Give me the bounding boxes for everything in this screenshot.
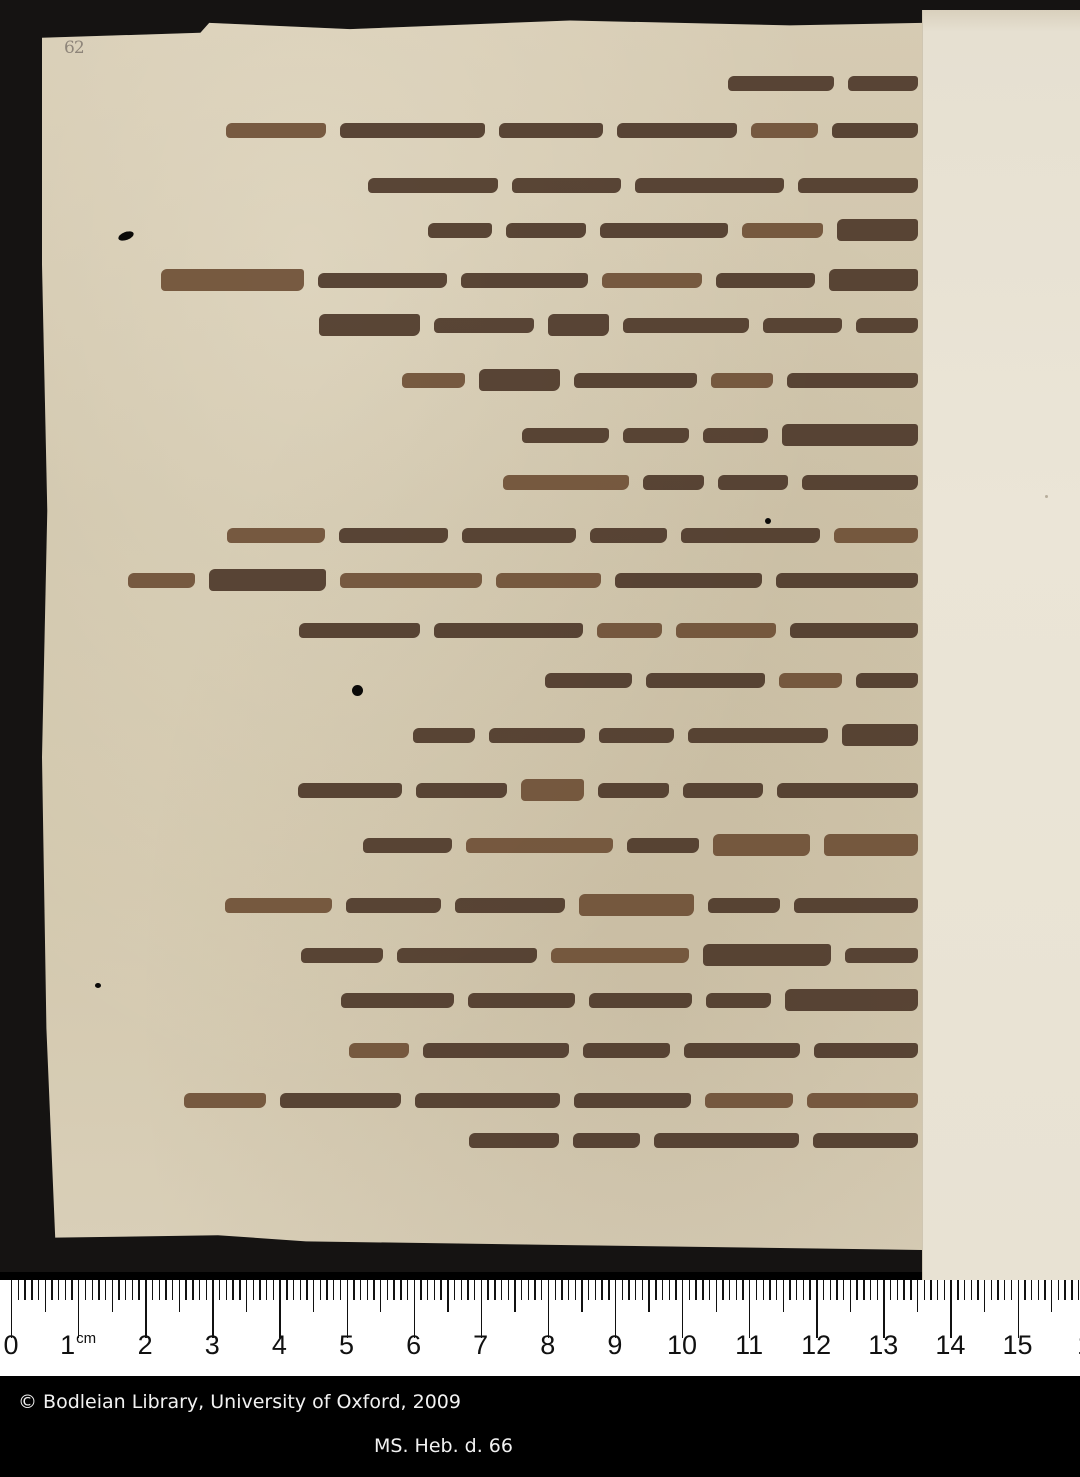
ink-word (813, 1133, 918, 1148)
ink-word (646, 673, 765, 688)
ink-word (368, 178, 498, 193)
ruler-tick (454, 1280, 455, 1300)
ruler-tick (380, 1280, 381, 1312)
ink-word (512, 178, 621, 193)
ink-word (635, 178, 784, 193)
ruler-tick (997, 1280, 998, 1300)
manuscript-line (70, 1083, 918, 1117)
ruler-label: 8 (540, 1330, 555, 1361)
ink-word (226, 123, 326, 138)
ruler-label: 4 (272, 1330, 287, 1361)
ruler-tick (850, 1280, 851, 1312)
ink-word (763, 318, 842, 333)
manuscript-line (71, 718, 918, 752)
ink-word (346, 898, 441, 913)
ruler-tick (125, 1280, 126, 1300)
ink-word (466, 838, 613, 853)
ink-word (706, 993, 771, 1008)
ruler-label: 6 (406, 1330, 421, 1361)
ruler-tick (568, 1280, 569, 1300)
centimeter-ruler: 01cm234567891011121314151 (0, 1280, 1080, 1376)
ruler-tick (1058, 1280, 1059, 1300)
ruler-tick (185, 1280, 186, 1300)
manuscript-line (72, 613, 918, 647)
ink-word (574, 1093, 691, 1108)
ink-word (423, 1043, 569, 1058)
ruler-tick (863, 1280, 864, 1300)
manuscript-line (62, 888, 918, 922)
manuscript-line (70, 308, 918, 342)
ruler-tick (622, 1280, 623, 1300)
ink-word (428, 223, 492, 238)
ink-word (845, 948, 918, 963)
manuscript-line (61, 1123, 918, 1157)
ruler-tick (581, 1280, 582, 1312)
ruler-tick (809, 1280, 810, 1300)
ink-word (402, 373, 465, 388)
ink-word (469, 1133, 559, 1148)
ink-word (617, 123, 737, 138)
ruler-label: 1cm (60, 1330, 96, 1361)
ruler-tick (393, 1280, 394, 1300)
shelfmark-caption: MS. Heb. d. 66 (374, 1435, 513, 1457)
ruler-tick (494, 1280, 495, 1300)
ink-word (643, 475, 704, 490)
ink-word (782, 424, 918, 446)
ink-word (225, 898, 332, 913)
ink-word (301, 948, 383, 963)
ink-word (280, 1093, 401, 1108)
ruler-label: 2 (138, 1330, 153, 1361)
ink-word (597, 623, 662, 638)
ink-word (824, 834, 918, 856)
ruler-tick (924, 1280, 925, 1300)
ruler-tick (1078, 1280, 1079, 1300)
ruler-tick (541, 1280, 542, 1300)
ruler-tick (843, 1280, 844, 1300)
ink-word (299, 623, 420, 638)
ruler-label: 3 (205, 1330, 220, 1361)
ink-word (496, 573, 601, 588)
ruler-tick (561, 1280, 562, 1300)
ruler-tick (24, 1280, 25, 1300)
ruler-tick (118, 1280, 119, 1300)
ruler-tick (897, 1280, 898, 1300)
ruler-tick (253, 1280, 254, 1300)
ink-word (397, 948, 537, 963)
ruler-tick (266, 1280, 267, 1300)
manuscript-line (61, 773, 918, 807)
ruler-tick (1038, 1280, 1039, 1300)
ruler-tick (910, 1280, 911, 1300)
ink-word (579, 894, 694, 916)
ruler-tick (112, 1280, 113, 1312)
ruler-tick (1064, 1280, 1065, 1300)
ruler-tick (689, 1280, 690, 1300)
ink-word (589, 993, 692, 1008)
manuscript-line (63, 828, 918, 862)
manuscript-line (68, 1033, 918, 1067)
manuscript-line (61, 113, 918, 147)
copyright-caption: © Bodleian Library, University of Oxford… (18, 1391, 461, 1413)
ruler-tick (18, 1280, 19, 1300)
ruler-tick (601, 1280, 602, 1300)
ruler-tick (675, 1280, 676, 1300)
ruler-tick (45, 1280, 46, 1312)
ink-word (842, 724, 918, 746)
ink-word (785, 989, 918, 1011)
ink-word (583, 1043, 670, 1058)
ruler-tick (259, 1280, 260, 1300)
ruler-tick (58, 1280, 59, 1300)
ruler-tick (944, 1280, 945, 1300)
ink-word (461, 273, 588, 288)
ink-word (676, 623, 776, 638)
worm-hole (95, 983, 101, 988)
ruler-label: 0 (3, 1330, 18, 1361)
ruler-tick (763, 1280, 764, 1300)
folio-number: 62 (64, 38, 84, 58)
ruler-tick (984, 1280, 985, 1312)
ruler-tick (662, 1280, 663, 1300)
ruler-tick (440, 1280, 441, 1300)
ink-word (522, 428, 609, 443)
ruler-tick (528, 1280, 529, 1300)
ink-word (548, 314, 609, 336)
ruler-tick (575, 1280, 576, 1300)
ruler-label: 11 (735, 1330, 763, 1361)
ink-word (777, 783, 918, 798)
ruler-tick (313, 1280, 314, 1312)
ruler-tick (206, 1280, 207, 1300)
ink-word (742, 223, 823, 238)
ruler-tick (655, 1280, 656, 1300)
ink-word (599, 728, 674, 743)
ruler-tick (333, 1280, 334, 1300)
ruler-tick (756, 1280, 757, 1300)
ruler-tick (669, 1280, 670, 1300)
ruler-tick (971, 1280, 972, 1300)
ink-word (832, 123, 918, 138)
ruler-tick (836, 1280, 837, 1300)
ruler-tick (387, 1280, 388, 1300)
ruler-tick (420, 1280, 421, 1300)
ruler-tick (105, 1280, 106, 1300)
ruler-label: 12 (801, 1330, 831, 1361)
ruler-tick (1004, 1280, 1005, 1300)
ink-word (834, 528, 918, 543)
ruler-tick (742, 1280, 743, 1300)
ruler-tick (320, 1280, 321, 1300)
ruler-tick (192, 1280, 193, 1300)
ruler-tick (1024, 1280, 1025, 1300)
ruler-tick (555, 1280, 556, 1300)
ruler-tick (642, 1280, 643, 1300)
ruler-tick (407, 1280, 408, 1300)
ruler-tick (722, 1280, 723, 1300)
manuscript-line (64, 518, 918, 552)
ruler-tick (501, 1280, 502, 1300)
ruler-tick (1051, 1280, 1052, 1312)
ink-word (713, 834, 810, 856)
ink-word (829, 269, 918, 291)
ruler-tick (830, 1280, 831, 1300)
ruler-tick (957, 1280, 958, 1300)
ink-word (814, 1043, 918, 1058)
worm-hole (765, 518, 771, 524)
ruler-tick (977, 1280, 978, 1300)
ink-word (434, 318, 534, 333)
ink-word (318, 273, 447, 288)
ink-word (856, 673, 918, 688)
ink-word (413, 728, 475, 743)
ink-word (751, 123, 818, 138)
ink-word (681, 528, 820, 543)
ink-word (521, 779, 584, 801)
ruler-tick (165, 1280, 166, 1300)
ruler-tick (796, 1280, 797, 1300)
ink-word (615, 573, 762, 588)
ink-word (600, 223, 728, 238)
ruler-tick (286, 1280, 287, 1300)
ruler-tick (695, 1280, 696, 1300)
ruler-tick (434, 1280, 435, 1300)
ink-word (802, 475, 918, 490)
ruler-tick (293, 1280, 294, 1300)
ink-word (590, 528, 667, 543)
ruler-tick (159, 1280, 160, 1300)
ink-word (776, 573, 918, 588)
ink-word (415, 1093, 560, 1108)
ruler-tick (239, 1280, 240, 1300)
manuscript-line (64, 213, 918, 247)
ruler-tick (51, 1280, 52, 1300)
ruler-tick (595, 1280, 596, 1300)
ruler-label: 5 (339, 1330, 354, 1361)
ink-word (716, 273, 815, 288)
ink-word (209, 569, 326, 591)
ruler-label: 9 (607, 1330, 622, 1361)
ruler-tick (447, 1280, 448, 1312)
mount-mark (1045, 495, 1048, 498)
ruler-tick (991, 1280, 992, 1300)
ruler-label: 10 (667, 1330, 697, 1361)
ruler-tick (172, 1280, 173, 1300)
ruler-label: 14 (935, 1330, 965, 1361)
ruler-tick (870, 1280, 871, 1300)
ink-word (623, 318, 749, 333)
ruler-tick (736, 1280, 737, 1300)
ruler-tick (360, 1280, 361, 1300)
ruler-tick (508, 1280, 509, 1300)
ruler-tick (461, 1280, 462, 1300)
ink-word (489, 728, 585, 743)
ruler-tick (226, 1280, 227, 1300)
ink-word (779, 673, 842, 688)
ink-word (798, 178, 918, 193)
ruler-tick (877, 1280, 878, 1300)
ink-word (340, 123, 485, 138)
ruler-tick (98, 1280, 99, 1300)
ruler-tick (1071, 1280, 1072, 1300)
ruler-tick (92, 1280, 93, 1300)
ink-word (790, 623, 918, 638)
ruler-tick (635, 1280, 636, 1300)
ruler-tick (31, 1280, 32, 1300)
manuscript-line (61, 418, 918, 452)
ruler-tick (340, 1280, 341, 1300)
ink-word (627, 838, 699, 853)
ruler-tick (588, 1280, 589, 1300)
ruler-tick (823, 1280, 824, 1300)
ink-word (856, 318, 918, 333)
ink-word (506, 223, 586, 238)
ruler-tick (367, 1280, 368, 1300)
manuscript-line (61, 563, 918, 597)
ruler-tick (179, 1280, 180, 1312)
ink-word (551, 948, 689, 963)
ink-word (848, 76, 918, 91)
ink-word (787, 373, 918, 388)
ruler-tick (65, 1280, 66, 1300)
ink-word (184, 1093, 266, 1108)
ruler-tick (273, 1280, 274, 1300)
ink-word (684, 1043, 800, 1058)
ink-word (794, 898, 918, 913)
ink-word (479, 369, 560, 391)
ruler-tick (306, 1280, 307, 1300)
ink-word (688, 728, 828, 743)
ink-word (349, 1043, 409, 1058)
manuscript-line (69, 465, 918, 499)
ink-word (319, 314, 420, 336)
ink-word (128, 573, 195, 588)
mount-sheet (922, 10, 1080, 1280)
ink-word (363, 838, 452, 853)
ruler-tick (702, 1280, 703, 1300)
ruler-tick (71, 1280, 72, 1300)
ruler-tick (729, 1280, 730, 1300)
ink-word (340, 573, 482, 588)
ruler-tick (38, 1280, 39, 1300)
ruler-tick (373, 1280, 374, 1300)
ink-word (602, 273, 702, 288)
manuscript-line (66, 938, 918, 972)
manuscript-line (65, 263, 918, 297)
ink-word (339, 528, 448, 543)
ruler-label: 7 (473, 1330, 488, 1361)
ink-word (718, 475, 788, 490)
ruler-tick (803, 1280, 804, 1300)
ruler-label: 15 (1002, 1330, 1032, 1361)
ink-word (545, 673, 632, 688)
ink-word (623, 428, 689, 443)
ink-word (434, 623, 583, 638)
ruler-tick (85, 1280, 86, 1300)
ink-word (708, 898, 780, 913)
ink-word (499, 123, 603, 138)
ruler-tick (326, 1280, 327, 1300)
ink-word (161, 269, 304, 291)
manuscript-line (62, 663, 918, 697)
manuscript-line (70, 363, 918, 397)
ink-word (468, 993, 575, 1008)
ink-word (598, 783, 669, 798)
ink-word (574, 373, 697, 388)
ruler-tick (917, 1280, 918, 1312)
ruler-tick (930, 1280, 931, 1300)
ruler-tick (628, 1280, 629, 1300)
ink-word (654, 1133, 799, 1148)
ruler-tick (608, 1280, 609, 1300)
ruler-tick (890, 1280, 891, 1300)
ruler-tick (534, 1280, 535, 1300)
ink-word (573, 1133, 640, 1148)
ink-word (728, 76, 834, 91)
ink-word (837, 219, 918, 241)
ink-word (711, 373, 773, 388)
ruler-tick (467, 1280, 468, 1300)
ink-word (683, 783, 763, 798)
ruler-unit-label: cm (76, 1330, 96, 1347)
ruler-tick (474, 1280, 475, 1300)
ink-word (807, 1093, 918, 1108)
ruler-tick (789, 1280, 790, 1300)
ruler-tick (514, 1280, 515, 1312)
worm-hole (352, 685, 363, 696)
ink-word (341, 993, 454, 1008)
ink-word (227, 528, 325, 543)
ruler-tick (648, 1280, 649, 1312)
ruler-tick (1031, 1280, 1032, 1300)
ruler-tick (246, 1280, 247, 1312)
manuscript-line (71, 168, 918, 202)
ink-word (703, 428, 768, 443)
manuscript-line (61, 983, 918, 1017)
ruler-label: 13 (868, 1330, 898, 1361)
ink-word (462, 528, 576, 543)
ruler-tick (138, 1280, 139, 1300)
ink-word (705, 1093, 793, 1108)
ink-word (455, 898, 565, 913)
ruler-tick (709, 1280, 710, 1300)
ruler-tick (219, 1280, 220, 1300)
ruler-tick (400, 1280, 401, 1300)
ink-word (703, 944, 831, 966)
ruler-tick (903, 1280, 904, 1300)
ruler-tick (964, 1280, 965, 1300)
ruler-tick (152, 1280, 153, 1300)
ruler-tick (521, 1280, 522, 1300)
ruler-tick (353, 1280, 354, 1300)
manuscript-line (380, 66, 918, 100)
ruler-tick (132, 1280, 133, 1300)
ruler-tick (300, 1280, 301, 1300)
ruler-tick (937, 1280, 938, 1300)
ruler-tick (783, 1280, 784, 1312)
ruler-tick (776, 1280, 777, 1300)
ink-word (298, 783, 402, 798)
ruler-tick (1011, 1280, 1012, 1300)
ruler-tick (232, 1280, 233, 1300)
ruler-tick (769, 1280, 770, 1300)
ruler-tick (716, 1280, 717, 1312)
ruler-tick (427, 1280, 428, 1300)
ruler-tick (487, 1280, 488, 1300)
ruler-tick (1044, 1280, 1045, 1300)
ink-word (503, 475, 629, 490)
ruler-tick (199, 1280, 200, 1300)
